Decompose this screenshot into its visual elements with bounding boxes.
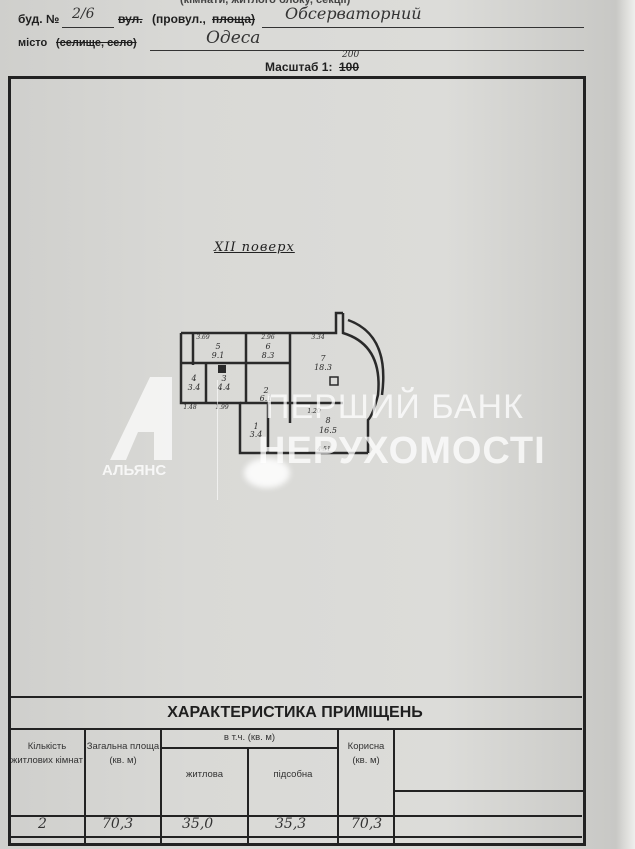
floor-label: XII поверх (214, 240, 295, 255)
characteristics-table: Кількість житлових кімнат Загальна площа… (10, 728, 580, 844)
svg-text:4: 4 (190, 374, 196, 383)
header-rooms-count: Кількість житлових кімнат (10, 740, 84, 768)
underline (150, 50, 584, 51)
city-label-struck: (селище, село) (56, 37, 137, 49)
scale-label: Масштаб 1: (265, 60, 332, 74)
building-number: 2/6 (72, 6, 95, 22)
city-value: Одеса (206, 28, 260, 48)
building-label: буд. № (18, 12, 59, 26)
svg-text:18.3: 18.3 (314, 363, 332, 372)
header-useful: Корисна (кв. м) (339, 740, 393, 768)
street-label-alt: (провул., (152, 12, 206, 26)
underline (62, 27, 114, 28)
svg-text:9.1: 9.1 (212, 351, 225, 360)
table-title: ХАРАКТЕРИСТИКА ПРИМІЩЕНЬ (10, 698, 580, 728)
street-value: Обсерваторний (285, 4, 422, 23)
value-rooms-count: 2 (38, 816, 47, 832)
svg-text:3.34: 3.34 (311, 334, 325, 341)
svg-text:8.3: 8.3 (262, 351, 275, 360)
header-auxiliary: підсобна (249, 768, 337, 782)
svg-text:4.4: 4.4 (217, 383, 231, 392)
value-total-area: 70,3 (102, 816, 133, 832)
value-living: 35,0 (182, 816, 213, 832)
street-label-struck2: площа) (212, 12, 255, 26)
redaction-blur (244, 458, 290, 488)
value-useful: 70,3 (351, 816, 382, 832)
alliance-logo-icon (110, 372, 190, 462)
watermark-divider (217, 380, 218, 500)
watermark-line1: ПЕРШИЙ БАНК (265, 388, 524, 427)
watermark-line2: НЕРУХОМОСТІ (258, 430, 546, 473)
scale-corrected: 200 (342, 50, 359, 60)
scale-struck: 100 (339, 60, 359, 74)
svg-text:2.96: 2.96 (260, 334, 275, 341)
value-auxiliary: 35,3 (275, 816, 306, 832)
header-living: житлова (162, 768, 247, 782)
underline (262, 27, 584, 28)
street-label-struck: вул. (118, 12, 143, 26)
svg-text:7: 7 (320, 354, 326, 363)
svg-text:3: 3 (221, 374, 226, 383)
svg-text:3.69: 3.69 (196, 334, 210, 341)
city-label: місто (18, 37, 47, 49)
svg-text:6: 6 (265, 342, 270, 351)
building-row: буд. № (18, 12, 59, 26)
document-page: (кімнати, житлого блоку, секції) буд. № … (0, 0, 635, 849)
svg-text:5: 5 (215, 342, 220, 351)
watermark-brand: АЛЬЯНС (102, 462, 166, 479)
header-total-area: Загальна площа (кв. м) (86, 740, 160, 768)
header-including: в т.ч. (кв. м) (162, 731, 337, 745)
